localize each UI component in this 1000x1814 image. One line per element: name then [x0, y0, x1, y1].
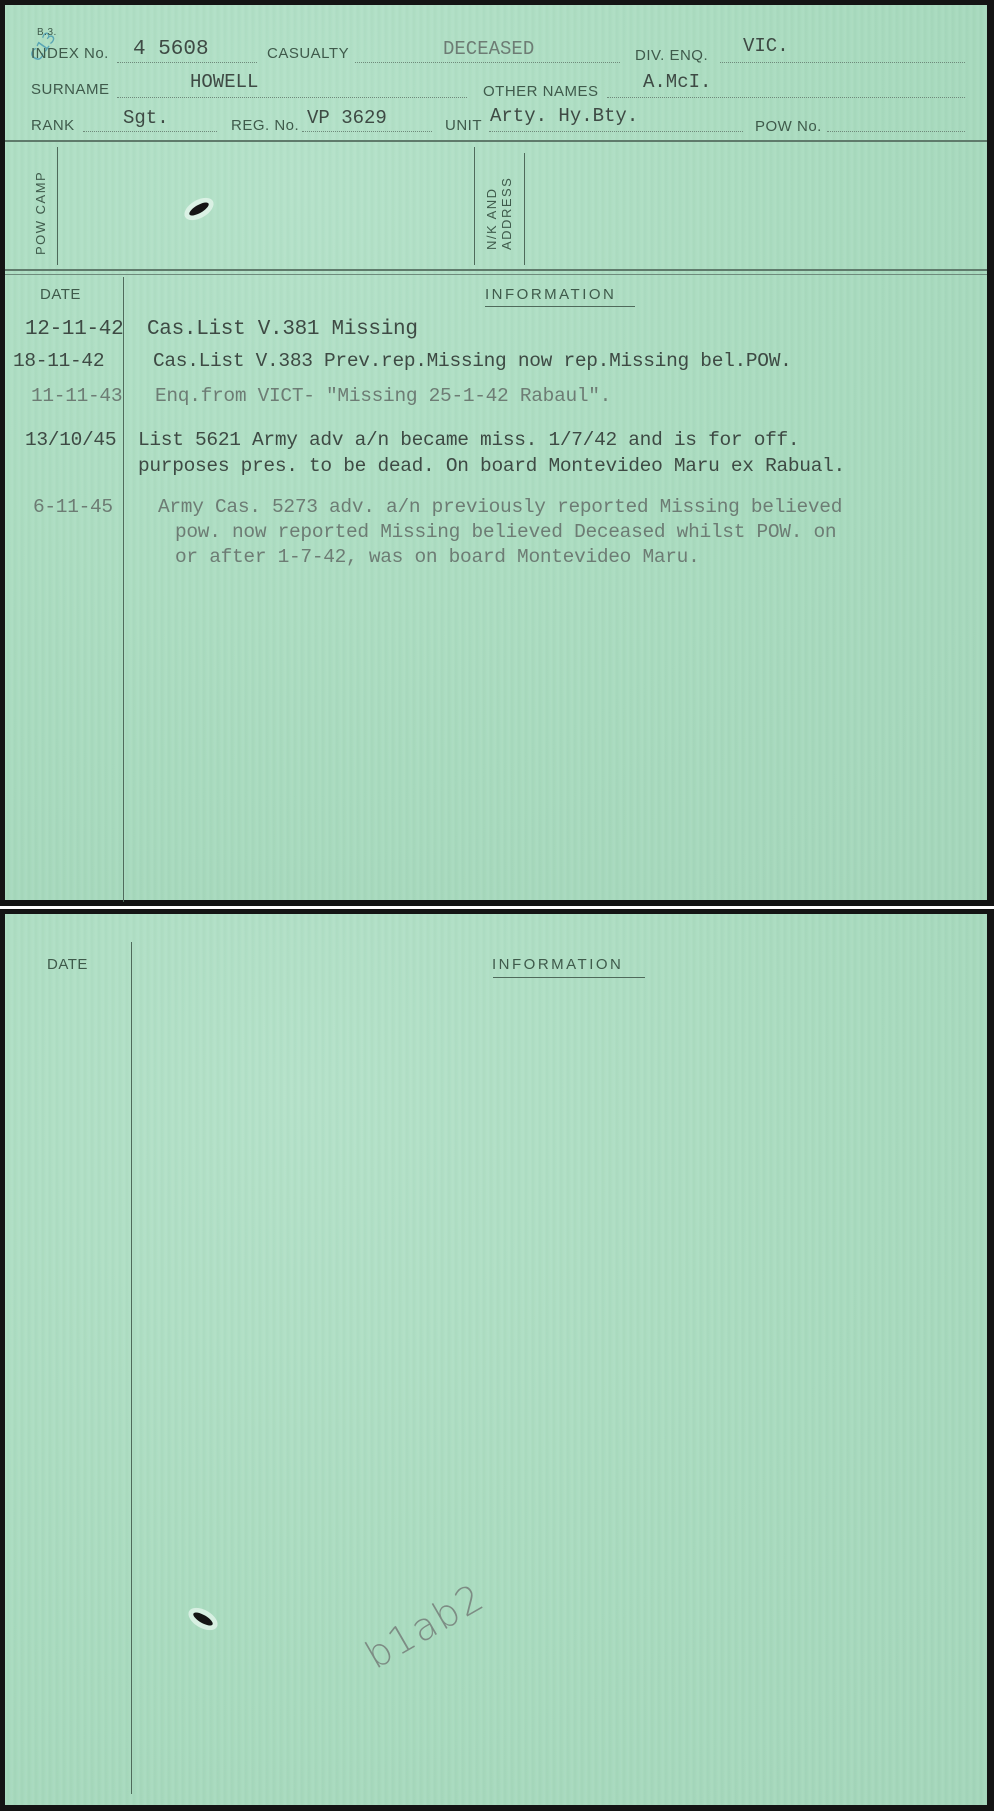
entry-text: Cas.List V.383 Prev.rep.Missing now rep.…: [153, 350, 792, 372]
reg-no-label: REG. No.: [231, 117, 299, 134]
other-names-value: A.McI.: [643, 71, 711, 93]
form-code: B.3.: [37, 27, 57, 38]
entry-date: 13/10/45: [25, 429, 116, 451]
entry-text: Army Cas. 5273 adv. a/n previously repor…: [158, 496, 842, 518]
record-card-front: C13 B.3. INDEX No. 4 5608 CASUALTY DECEA…: [0, 0, 994, 906]
entry-date: 12-11-42: [25, 318, 123, 341]
div-enq-value: VIC.: [743, 35, 789, 57]
information-underline: [485, 306, 635, 307]
other-names-dotted-line: [607, 97, 965, 98]
div-enq-dotted-line: [720, 62, 965, 63]
date-column-divider-upper: [131, 942, 132, 1512]
punch-hole-top: [187, 200, 210, 218]
reg-no-dotted-line: [302, 131, 432, 132]
nok-divider-left: [474, 147, 475, 265]
nok-divider-right: [524, 153, 525, 265]
handwritten-note: b1ab2: [358, 1574, 492, 1677]
pow-no-dotted-line: [827, 131, 965, 132]
information-underline: [493, 977, 645, 978]
pow-camp-divider: [57, 147, 58, 265]
date-column-divider-lower: [131, 1494, 132, 1794]
entry-date: 18-11-42: [13, 350, 104, 372]
index-no-dotted-line: [117, 62, 257, 63]
div-enq-label: DIV. ENQ.: [635, 47, 708, 64]
surname-label: SURNAME: [31, 81, 110, 98]
unit-label: UNIT: [445, 117, 482, 134]
casualty-value: DECEASED: [443, 38, 534, 60]
header-separator: [5, 140, 987, 142]
entry-text: List 5621 Army adv a/n became miss. 1/7/…: [138, 429, 799, 451]
other-names-label: OTHER NAMES: [483, 83, 599, 100]
casualty-dotted-line: [355, 62, 620, 63]
entry-text: Enq.from VICT- "Missing 25-1-42 Rabaul".: [155, 385, 611, 407]
pow-camp-label: POW CAMP: [33, 171, 48, 255]
nok-label-line1: N/K AND: [484, 187, 499, 250]
entry-text: pow. now reported Missing believed Decea…: [175, 521, 836, 543]
entry-date: 11-11-43: [31, 385, 122, 407]
nok-label-line2: ADDRESS: [499, 177, 514, 250]
pow-no-label: POW No.: [755, 118, 822, 135]
entry-date: 6-11-45: [33, 496, 113, 518]
casualty-label: CASUALTY: [267, 45, 349, 62]
rank-value: Sgt.: [123, 107, 169, 129]
surname-dotted-line: [117, 97, 467, 98]
index-no-value: 4 5608: [133, 38, 209, 61]
surname-value: HOWELL: [190, 71, 258, 93]
reg-no-value: VP 3629: [307, 107, 387, 129]
index-no-label: INDEX No.: [31, 45, 109, 62]
information-column-header: INFORMATION: [492, 956, 623, 973]
unit-dotted-line: [489, 131, 743, 132]
entry-text: purposes pres. to be dead. On board Mont…: [138, 455, 845, 477]
entry-text: or after 1-7-42, was on board Montevideo…: [175, 546, 700, 568]
double-line-top: [5, 269, 987, 271]
rank-label: RANK: [31, 117, 75, 134]
entry-text: Cas.List V.381 Missing: [147, 318, 418, 341]
punch-hole-bottom: [191, 1610, 214, 1628]
double-line-bottom: [5, 274, 987, 275]
information-column-header: INFORMATION: [485, 286, 616, 303]
record-card-back: DATE INFORMATION b1ab2: [0, 909, 994, 1811]
date-column-header: DATE: [47, 956, 88, 973]
date-column-divider: [123, 277, 124, 902]
unit-value: Arty. Hy.Bty.: [490, 105, 638, 127]
rank-dotted-line: [83, 131, 217, 132]
date-column-header: DATE: [40, 286, 81, 303]
